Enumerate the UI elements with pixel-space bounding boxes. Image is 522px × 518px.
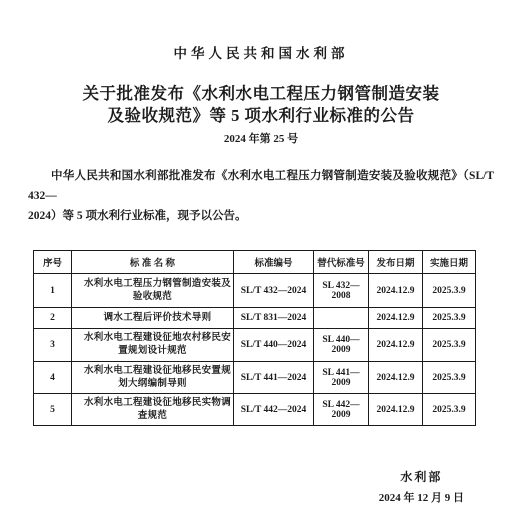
cell-standard-code: SL/T 432—2024 — [234, 274, 314, 308]
cell-implement-date: 2025.3.9 — [423, 329, 476, 362]
cell-replaced-code: SL 441—2009 — [314, 362, 369, 394]
cell-publish-date: 2024.12.9 — [369, 308, 423, 329]
cell-standard-code: SL/T 442—2024 — [234, 394, 314, 426]
body-paragraph-line2: 2024）等 5 项水利行业标准，现予以公告。 — [28, 206, 494, 226]
announcement-title-line1: 关于批准发布《水利水电工程压力钢管制造安装 — [0, 83, 522, 105]
header-standard-code: 标准编号 — [234, 251, 314, 274]
signature-block: 水利部 2024 年 12 月 9 日 — [379, 470, 464, 505]
cell-standard-name: 水利水电工程压力钢管制造安装及验收规范 — [72, 274, 234, 308]
cell-implement-date: 2025.3.9 — [423, 394, 476, 426]
header-standard-name: 标 准 名 称 — [72, 251, 234, 274]
announcement-title: 关于批准发布《水利水电工程压力钢管制造安装 及验收规范》等 5 项水利行业标准的… — [0, 83, 522, 127]
table-row: 1 水利水电工程压力钢管制造安装及验收规范 SL/T 432—2024 SL 4… — [34, 274, 476, 308]
cell-replaced-code: SL 440—2009 — [314, 329, 369, 362]
cell-seq-no: 2 — [34, 308, 72, 329]
table-row: 2 调水工程后评价技术导则 SL/T 831—2024 2024.12.9 20… — [34, 308, 476, 329]
cell-publish-date: 2024.12.9 — [369, 362, 423, 394]
table-row: 4 水利水电工程建设征地移民安置规划大纲编制导则 SL/T 441—2024 S… — [34, 362, 476, 394]
cell-seq-no: 4 — [34, 362, 72, 394]
signature-date: 2024 年 12 月 9 日 — [379, 491, 464, 505]
cell-standard-name: 水利水电工程建设征地农村移民安置规划设计规范 — [72, 329, 234, 362]
cell-publish-date: 2024.12.9 — [369, 329, 423, 362]
cell-standard-name: 调水工程后评价技术导则 — [72, 308, 234, 329]
cell-standard-code: SL/T 440—2024 — [234, 329, 314, 362]
cell-publish-date: 2024.12.9 — [369, 394, 423, 426]
cell-implement-date: 2025.3.9 — [423, 362, 476, 394]
issue-number: 2024 年第 25 号 — [0, 132, 522, 146]
cell-seq-no: 3 — [34, 329, 72, 362]
document-page: 中华人民共和国水利部 关于批准发布《水利水电工程压力钢管制造安装 及验收规范》等… — [0, 0, 522, 518]
cell-standard-code: SL/T 831—2024 — [234, 308, 314, 329]
cell-standard-code: SL/T 441—2024 — [234, 362, 314, 394]
cell-replaced-code — [314, 308, 369, 329]
table-header-row: 序号 标 准 名 称 标准编号 替代标准号 发布日期 实施日期 — [34, 251, 476, 274]
table-row: 5 水利水电工程建设征地移民实物调查规范 SL/T 442—2024 SL 44… — [34, 394, 476, 426]
body-paragraph-line1: 中华人民共和国水利部批准发布《水利水电工程压力钢管制造安装及验收规范》（SL/T… — [28, 166, 494, 206]
cell-standard-name: 水利水电工程建设征地移民实物调查规范 — [72, 394, 234, 426]
signature-organization: 水利部 — [379, 470, 464, 484]
issuing-organization: 中华人民共和国水利部 — [0, 45, 522, 63]
body-paragraph: 中华人民共和国水利部批准发布《水利水电工程压力钢管制造安装及验收规范》（SL/T… — [28, 166, 494, 226]
cell-seq-no: 5 — [34, 394, 72, 426]
header-implement-date: 实施日期 — [423, 251, 476, 274]
header-publish-date: 发布日期 — [369, 251, 423, 274]
cell-implement-date: 2025.3.9 — [423, 308, 476, 329]
cell-replaced-code: SL 432—2008 — [314, 274, 369, 308]
header-replaced-code: 替代标准号 — [314, 251, 369, 274]
announcement-title-line2: 及验收规范》等 5 项水利行业标准的公告 — [0, 105, 522, 127]
cell-publish-date: 2024.12.9 — [369, 274, 423, 308]
table-row: 3 水利水电工程建设征地农村移民安置规划设计规范 SL/T 440—2024 S… — [34, 329, 476, 362]
header-seq-no: 序号 — [34, 251, 72, 274]
standards-table: 序号 标 准 名 称 标准编号 替代标准号 发布日期 实施日期 1 水利水电工程… — [33, 250, 476, 426]
cell-standard-name: 水利水电工程建设征地移民安置规划大纲编制导则 — [72, 362, 234, 394]
cell-seq-no: 1 — [34, 274, 72, 308]
cell-replaced-code: SL 442—2009 — [314, 394, 369, 426]
cell-implement-date: 2025.3.9 — [423, 274, 476, 308]
